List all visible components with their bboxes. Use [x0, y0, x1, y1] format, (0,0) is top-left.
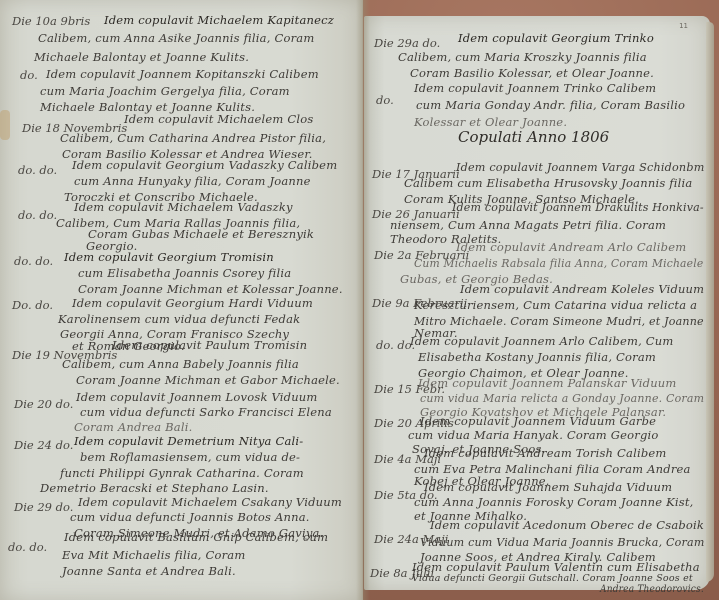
entry-line: cum vidua Maria Hanyak. Coram Georgio	[408, 428, 659, 442]
entry-line: Calibem, Cum Catharina Andrea Pistor fil…	[60, 131, 326, 145]
entry-date: do. do.	[18, 163, 57, 177]
entry-line: Idem copulavit Michaelem Clos	[124, 112, 314, 126]
entry-line: Cum Michaelis Rabsala filia Anna, Coram …	[414, 256, 703, 270]
entry-line: Coram Basilio Kolessar, et Olear Joanne.	[410, 66, 654, 80]
entry-line: Karolinensem cum vidua defuncti Fedak	[58, 312, 300, 326]
entry-line: Idem copulavit Andream Arlo Calibem	[456, 240, 686, 254]
page-stain	[0, 110, 10, 140]
entry-line: bem Roflamasiensem, cum vidua de-	[80, 450, 300, 464]
entry-date: Die 29a do.	[374, 36, 440, 50]
entry-line: Joanne Santa et Andrea Bali.	[62, 564, 236, 578]
entry-line: Idem copulavit Michaelem Kapitanecz	[104, 13, 334, 27]
entry-line: Andrea Theodorovics.	[600, 584, 704, 595]
entry-line: Idem copulavit Georgium Hardi Viduum	[72, 296, 313, 310]
entry-line: Idem copulavit Michaelem Vadaszky	[74, 200, 293, 214]
entry-line: Calibem, cum Anna Asike Joannis filia, C…	[38, 31, 314, 45]
entry-date: do. do.	[14, 254, 53, 268]
entry-line: cum Elisabetha Joannis Csorey filia	[78, 266, 291, 280]
entry-line: niensem, Cum Anna Magats Petri filia. Co…	[390, 218, 666, 232]
entry-line: Calibem, cum Anna Babely Joannis filia	[62, 357, 299, 371]
entry-date: Die 24 do.	[14, 438, 73, 452]
entry-line: Vidua defuncti Georgii Gutschall. Coram …	[412, 573, 693, 584]
book-gutter	[356, 0, 370, 600]
entry-line: Demetrio Beracski et Stephano Lasin.	[40, 481, 269, 495]
page-edges	[706, 22, 714, 582]
open-register-book: 11 Die 10a 9bris Idem copulavit Michaele…	[0, 0, 719, 600]
entry-date: do.	[20, 68, 38, 82]
entry-line: Idem copulavit Joannem Palanskar Viduum	[418, 376, 677, 390]
entry-line: Idem copulavit Michaelem Csakany Viduum	[78, 495, 342, 509]
entry-line: Viduum cum Vidua Maria Joannis Brucka, C…	[420, 535, 705, 549]
entry-line: Idem copulavit Andream Koleles Viduum	[460, 282, 704, 296]
entry-line: cum vidua defuncti Sarko Francisci Elena	[80, 405, 332, 419]
entry-line: Idem copulavit Joannem Suhajda Viduum	[424, 480, 672, 494]
entry-date: Do. do.	[12, 298, 53, 312]
entry-date: Die 20 do.	[14, 397, 73, 411]
entry-line: cum Anna Joannis Forosky Coram Joanne Ki…	[414, 495, 694, 509]
entry-line: Calibem cum Elisabetha Hrusovsky Joannis…	[404, 176, 692, 190]
entry-date: do. do.	[8, 540, 47, 554]
entry-line: Idem copulavit Basilium Gnip Calibem, cu…	[64, 530, 328, 544]
entry-line: Idem copulavit Joannem Trinko Calibem	[414, 81, 656, 95]
entry-line: Idem copulavit Paulum Tromisin	[112, 338, 307, 352]
entry-line: Idem copulavit Joannem Viduum Garbe	[420, 414, 656, 428]
entry-line: Idem copulavit Joannem Arlo Calibem, Cum	[410, 334, 674, 348]
entry-line: cum Anna Hunyaky filia, Coram Joanne	[74, 174, 311, 188]
entry-line: Calibem, cum Maria Kroszky Joannis filia	[398, 50, 647, 64]
page-number: 11	[679, 22, 688, 30]
entry-line: Kereszturiensem, Cum Catarina vidua reli…	[414, 298, 697, 312]
entry-line: Idem copulavit Joannem Lovosk Viduum	[76, 390, 318, 404]
entry-line: Kolessar et Olear Joanne.	[414, 115, 567, 129]
entry-line: Elisabetha Kostany Joannis filia, Coram	[418, 350, 656, 364]
entry-line: Coram Joanne Michman et Gabor Michaele.	[76, 373, 340, 387]
entry-line: Idem copulavit Demetrium Nitya Cali-	[74, 434, 303, 448]
entry-line: Idem copulavit Joannem Varga Schidonbm	[456, 160, 705, 174]
year-heading: Copulati Anno 1806	[458, 128, 609, 146]
entry-line: Idem copulavit Paulum Valentin cum Elisa…	[412, 560, 700, 574]
entry-line: Michaele Balontay et Joanne Kulits.	[34, 50, 249, 64]
entry-line: Idem copulavit Joannem Kopitanszki Calib…	[46, 67, 319, 81]
entry-date: do.	[376, 93, 394, 107]
entry-line: Idem copulavit Georgium Trinko	[458, 31, 654, 45]
entry-line: cum Maria Joachim Gergelya filia, Coram	[40, 84, 290, 98]
entry-date: Die 10a 9bris	[12, 14, 90, 28]
entry-line: functi Philippi Gynrak Catharina. Coram	[60, 466, 304, 480]
entry-date: Die 29 do.	[14, 500, 73, 514]
entry-line: Idem copulavit Andream Torish Calibem	[424, 446, 667, 460]
entry-line: Coram Andrea Bali.	[74, 420, 192, 434]
entry-line: Idem copulavit Georgium Tromisin	[64, 250, 274, 264]
entry-line: Idem copulavit Georgium Vadaszky Calibem	[72, 158, 337, 172]
entry-line: cum vidua defuncti Joannis Botos Anna.	[70, 510, 310, 524]
entry-line: Idem copulavit Acedonum Oberec de Csaboi…	[430, 518, 704, 532]
entry-line: Idem copulavit Joannem Drakulits Honkiva…	[452, 200, 704, 214]
entry-line: Coram Joanne Michman et Kolessar Joanne.	[78, 282, 343, 296]
entry-line: cum Maria Gonday Andr. filia, Coram Basi…	[416, 98, 685, 112]
entry-line: cum vidua Maria relicta a Gonday Joanne.…	[420, 391, 704, 405]
entry-line: Eva Mit Michaelis filia, Coram	[62, 548, 245, 562]
entry-date: do. do.	[18, 208, 57, 222]
